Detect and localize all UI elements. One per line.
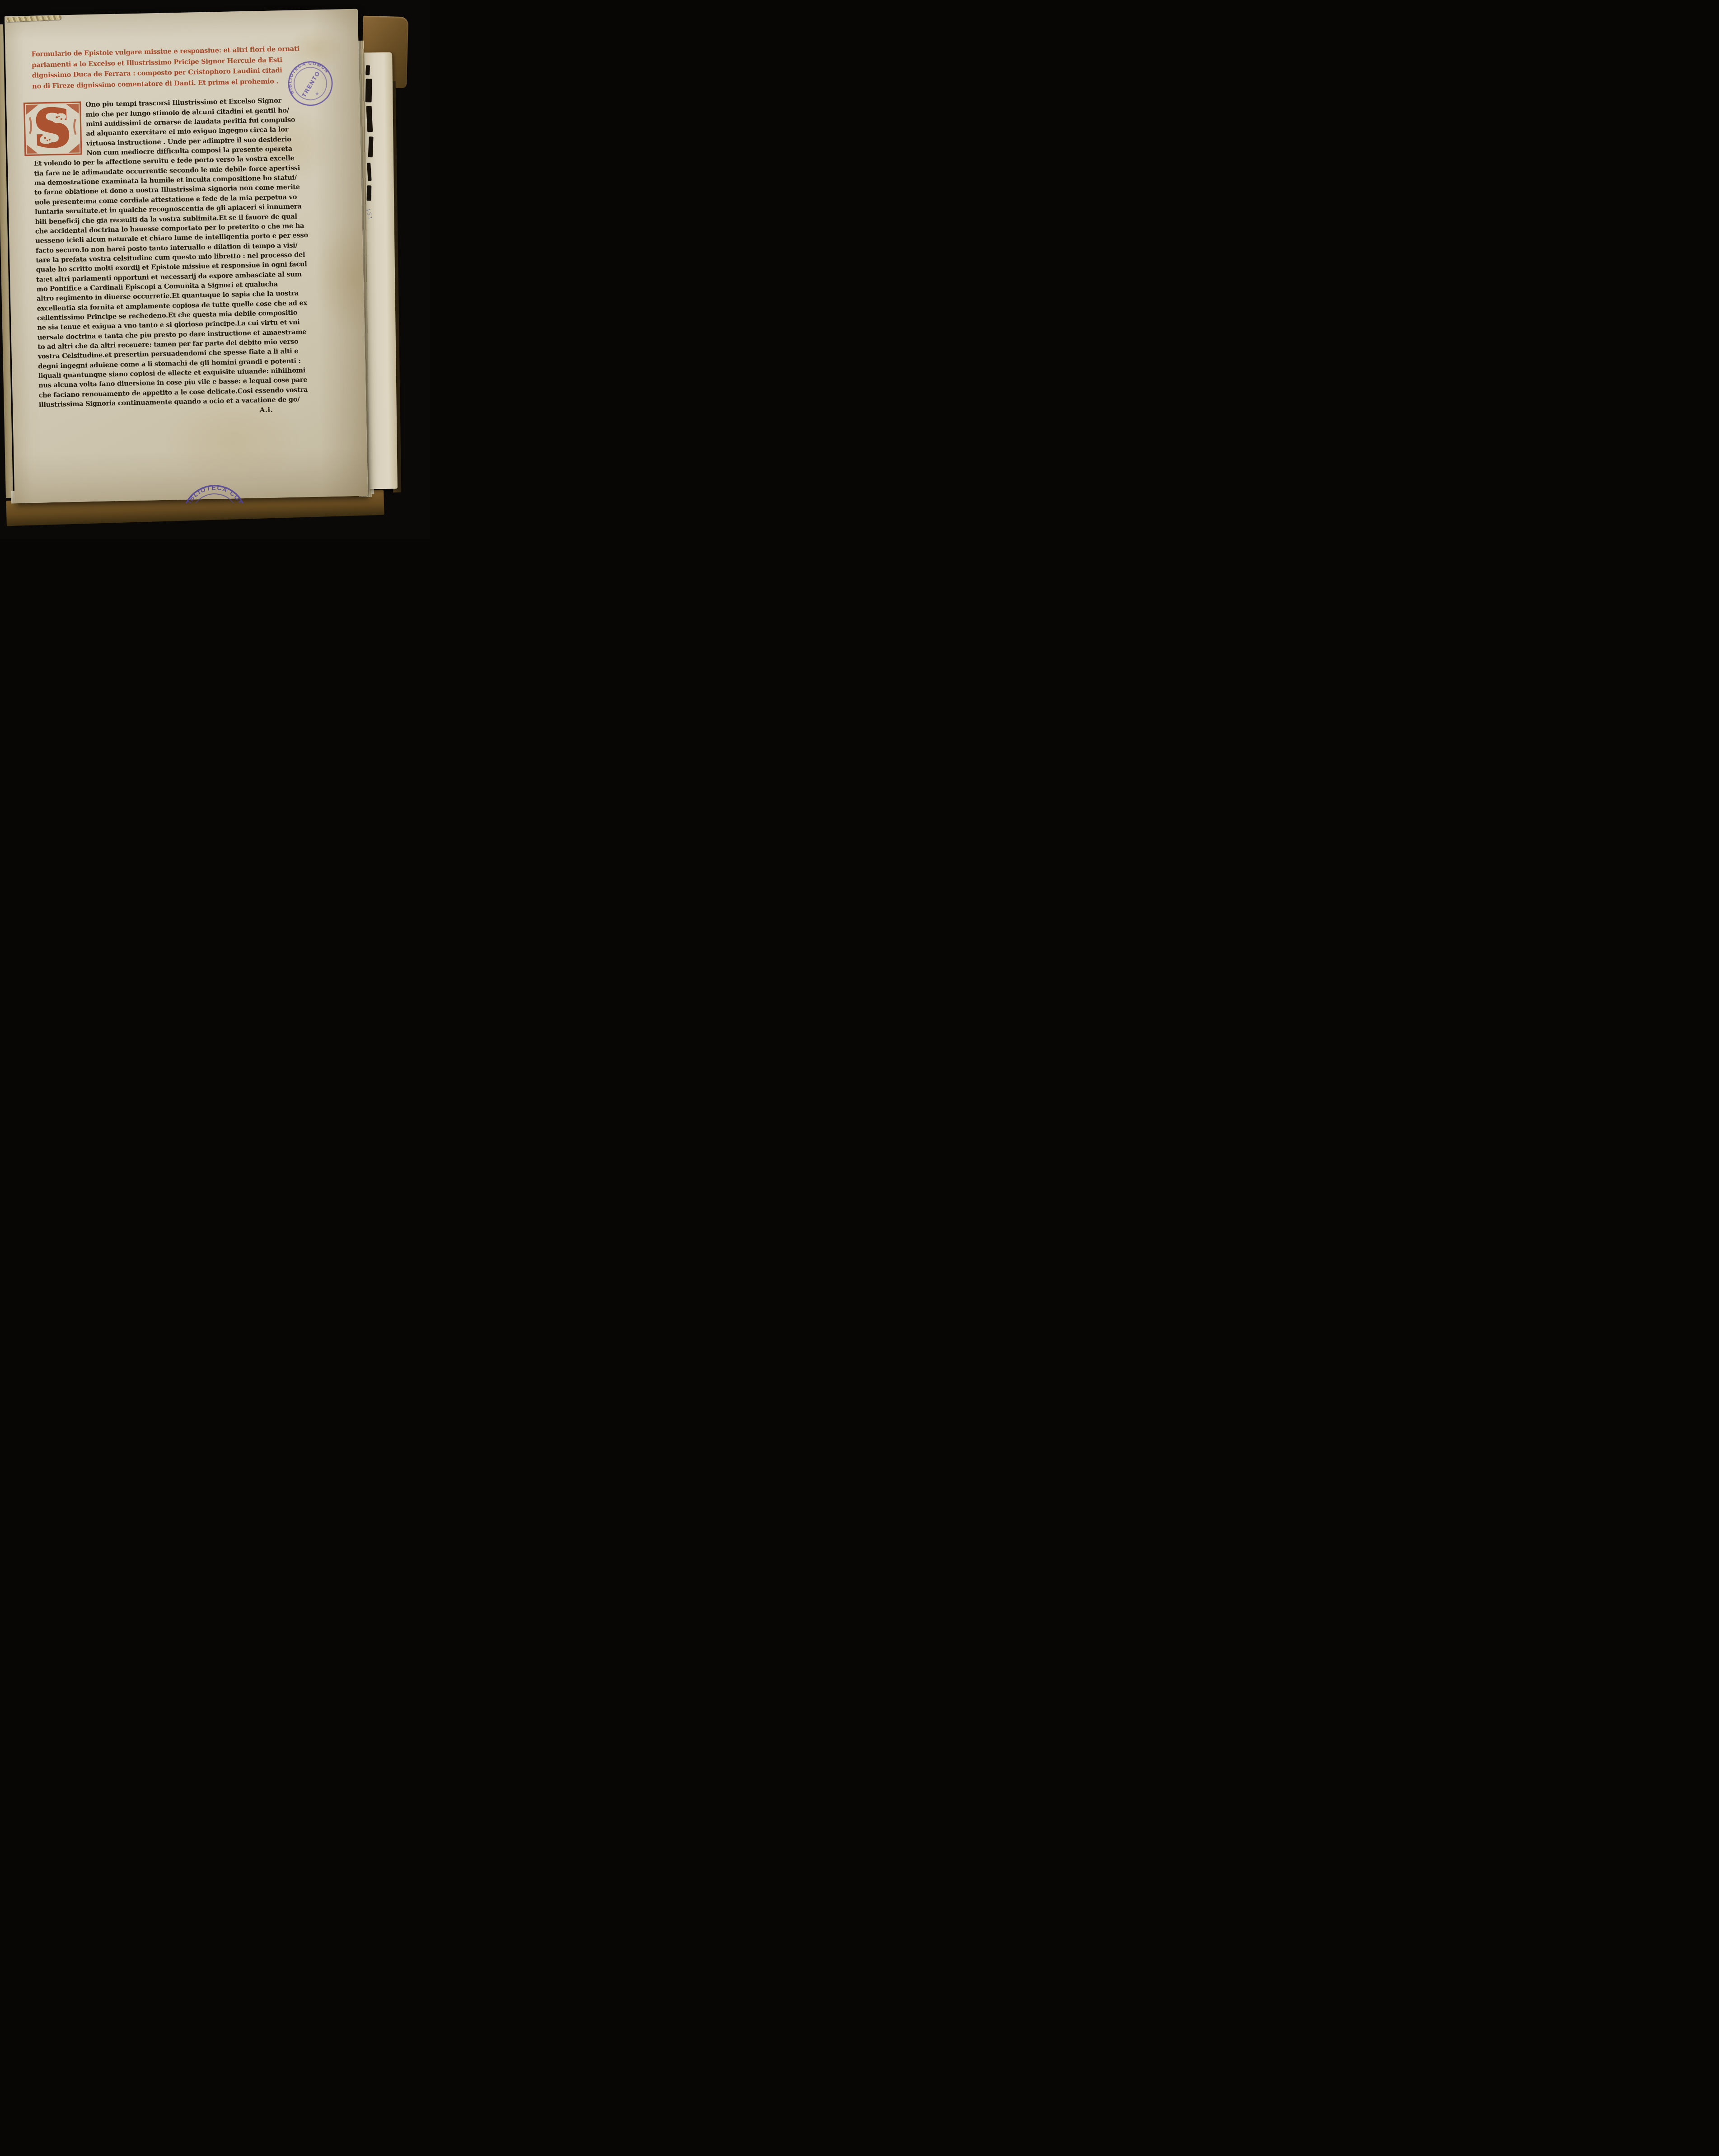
ink-mark [367, 185, 372, 201]
ink-mark [367, 163, 372, 181]
ink-mark [366, 106, 373, 132]
ink-mark [365, 79, 372, 102]
initial-letter-glyph: S [33, 101, 71, 157]
printed-text-block: Formulario de Epistole vulgare missiue e… [32, 43, 307, 420]
library-stamp-partial: BIBLIOTECA COMUNALE [181, 484, 251, 503]
next-page-corner [364, 52, 398, 489]
rubric-header: Formulario de Epistole vulgare missiue e… [32, 43, 300, 92]
ink-mark [368, 136, 374, 157]
body-text: S Ono piu tempi trascorsi Illustrissimo … [33, 96, 307, 420]
stamp-star: * [315, 92, 321, 98]
photograph-background: 151 Formulario de Epistole vulgare missi… [0, 0, 430, 539]
ink-mark [365, 65, 370, 75]
woodcut-initial-s: S [23, 101, 82, 157]
